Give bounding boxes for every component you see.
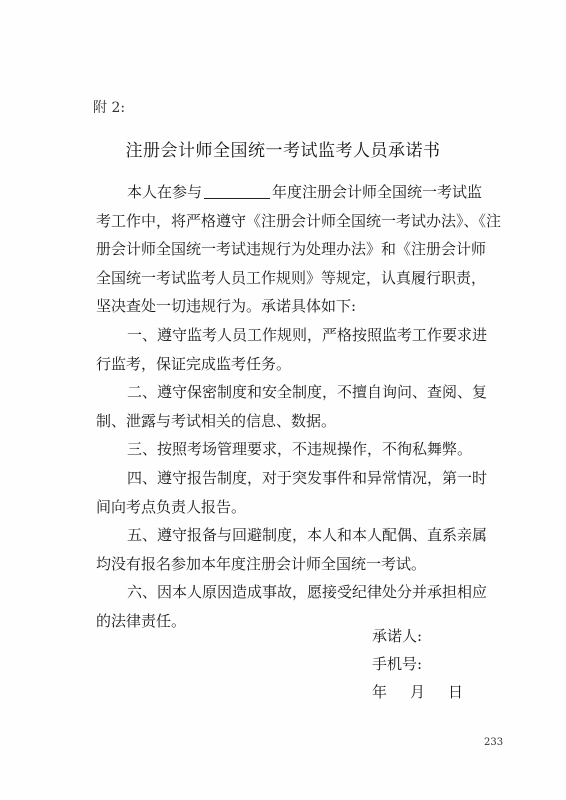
signature-block: 承诺人: 手机号: 年月日 [372,622,486,706]
intro-suffix: 年度注册会计师全国统一考试监 [272,183,482,201]
item-4-line-1: 四、遵守报告制度，对于突发事件和异常情况，第一时 [96,464,476,493]
item-6-line-1: 六、因本人原因造成事故，愿接受纪律处分并承担相应 [96,578,476,607]
item-1-line-2: 行监考，保证完成监考任务。 [96,350,476,379]
item-2-line-2: 制、泄露与考试相关的信息、数据。 [96,407,476,436]
page-number: 233 [484,737,503,748]
intro-line-4: 全国统一考试监考人员工作规则》等规定，认真履行职责， [96,264,476,293]
year-blank-field [204,182,270,199]
month-label: 月 [410,678,448,706]
intro-line-3: 册会计师全国统一考试违规行为处理办法》和《注册会计师 [96,235,476,264]
intro-line-2: 考工作中，将严格遵守《注册会计师全国统一考试办法》、《注 [96,207,476,236]
date-line: 年月日 [372,678,486,706]
item-5-line-2: 均没有报名参加本年度注册会计师全国统一考试。 [96,550,476,579]
intro-line-5: 坚决查处一切违规行为。承诺具体如下: [96,292,476,321]
intro-prefix: 本人在参与 [127,183,202,201]
item-3-line-1: 三、按照考场管理要求，不违规操作，不徇私舞弊。 [96,435,476,464]
attachment-label: 附 2: [93,97,125,117]
item-5-line-1: 五、遵守报备与回避制度，本人和本人配偶、直系亲属 [96,521,476,550]
item-1-line-1: 一、遵守监考人员工作规则，严格按照监考工作要求进 [96,321,476,350]
day-label: 日 [448,678,486,706]
intro-line-1: 本人在参与年度注册会计师全国统一考试监 [96,178,476,207]
document-title: 注册会计师全国统一考试监考人员承诺书 [0,136,566,161]
item-4-line-2: 间向考点负责人报告。 [96,493,476,522]
promisor-label: 承诺人: [372,622,486,650]
phone-label: 手机号: [372,650,486,678]
document-body: 本人在参与年度注册会计师全国统一考试监 考工作中，将严格遵守《注册会计师全国统一… [96,178,476,636]
year-label: 年 [372,678,410,706]
item-2-line-1: 二、遵守保密制度和安全制度，不擅自询问、查阅、复 [96,378,476,407]
document-page: 附 2: 注册会计师全国统一考试监考人员承诺书 本人在参与年度注册会计师全国统一… [0,0,566,800]
